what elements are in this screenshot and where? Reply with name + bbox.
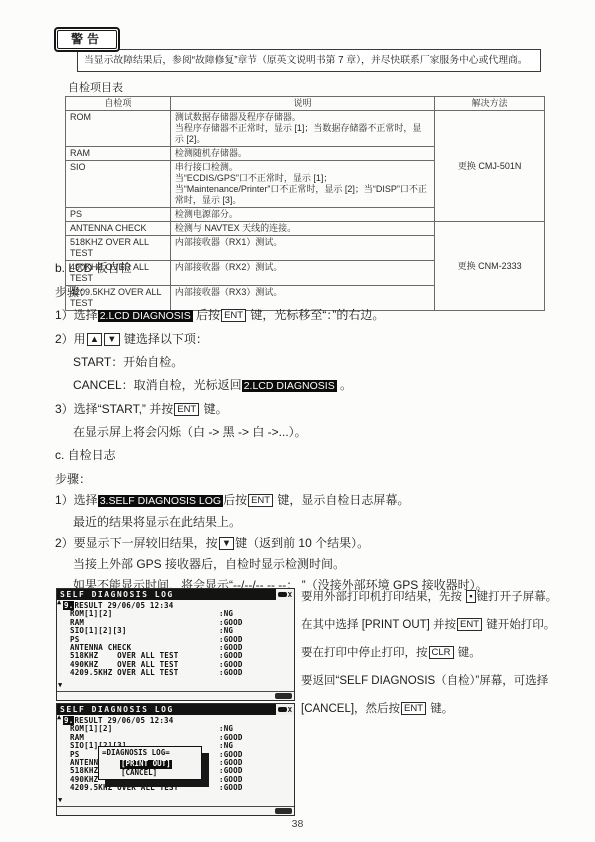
diagnosis-line: ROM[1][2]:NG <box>57 610 294 618</box>
text-run: 1）选择 <box>55 493 98 507</box>
text-run: 键（返到前 10 个结果）。 <box>235 536 369 550</box>
diagnosis-log-popup: =DIAGNOSIS LOG= [PRINT OUT] [CANCEL] <box>98 746 202 780</box>
screen-lines: ROM[1][2]:NGRAM:GOODSIO[1][2][3]:NGPS:GO… <box>57 610 294 677</box>
lcd-screen-diagnosis-log: SELF DIAGNOSIS LOG X 9.RESULT 29/06/05 1… <box>56 588 295 701</box>
manual-page: { "page": { "number": "38" }, "warning":… <box>0 0 595 842</box>
text-run: 在显示屏上将会闪烁（白 -> 黑 -> 白 ->...）。 <box>73 425 307 439</box>
table-caption: 自检项目表 <box>68 79 123 95</box>
table-header-row: 自检项 说明 解决方法 <box>66 97 545 111</box>
paragraph: 1）选择2.LCD DIAGNOSIS 后按ENT 键，光标移至“：”的右边。 <box>55 308 560 324</box>
col-header-item: 自检项 <box>66 97 171 111</box>
paragraph: 在显示屏上将会闪烁（白 -> 黑 -> 白 ->...）。 <box>55 425 560 440</box>
paragraph: 2）用▲▼ 键选择以下项： <box>55 332 560 347</box>
key-cap: ▲ <box>87 333 102 346</box>
section-b-steps: 步骤：1）选择2.LCD DIAGNOSIS 后按ENT 键，光标移至“：”的右… <box>55 285 560 440</box>
col-header-description: 说明 <box>170 97 434 111</box>
screen-title: SELF DIAGNOSIS LOG <box>60 590 174 599</box>
page-number: 38 <box>0 818 595 830</box>
text-run: 3）选择“START,” 并按 <box>55 402 173 416</box>
cancel-option: [CANCEL] <box>120 769 158 778</box>
cell-item: SIO <box>66 161 171 208</box>
highlighted-menu-item: 2.LCD DIAGNOSIS <box>242 380 337 392</box>
screen-bottom-bar <box>57 691 294 700</box>
text-run: 后按 <box>223 493 247 507</box>
section-c-steps: 步骤：1）选择3.SELF DIAGNOSIS LOG后按ENT 键，显示自检日… <box>55 472 560 593</box>
text-run: 要用外部打印机打印结果，先按 <box>301 591 465 603</box>
cell-item: RAM <box>66 147 171 161</box>
text-run: 键打开子屏幕。 <box>477 591 558 603</box>
text-run: 后按 <box>193 308 220 322</box>
text-run: 键。 <box>200 402 227 416</box>
paragraph: 1）选择3.SELF DIAGNOSIS LOG后按ENT 键，显示自检日志屏幕… <box>55 493 560 509</box>
screen-title-bar: SELF DIAGNOSIS LOG X <box>57 704 294 715</box>
paragraph: [CANCEL]，然后按ENT 键。 <box>301 701 567 717</box>
text-run: 要在打印中停止打印，按 <box>301 647 428 659</box>
text-run: 当接上外部 GPS 接收器后，自检时显示检测时间。 <box>73 557 345 571</box>
text-run: 键，显示自检日志屏幕。 <box>274 493 409 507</box>
text-run: 在其中选择 [PRINT OUT] 并按 <box>301 619 456 631</box>
cell-description: 检测与 NAVTEX 天线的连接。 <box>170 222 434 236</box>
titlebar-icons: X <box>276 704 294 715</box>
highlighted-menu-item: 3.SELF DIAGNOSIS LOG <box>98 495 223 507</box>
warning-text: 当显示故障结果后，参阅“故障修复”章节（原英文说明书第 7 章），并尽快联系厂家… <box>84 55 528 66</box>
warning-title: 警告 <box>57 30 117 49</box>
diagnosis-item: SIO[1][2][3] <box>57 626 127 635</box>
screen-body: 9.RESULT 29/06/05 12:34 ROM[1][2]:NGRAM:… <box>57 600 294 678</box>
text-run: 步骤： <box>55 472 91 486</box>
close-x-icon: X <box>288 591 292 599</box>
paragraph: 当接上外部 GPS 接收器后，自检时显示检测时间。 <box>55 557 560 572</box>
paragraph: 要在打印中停止打印，按CLR 键。 <box>301 645 567 661</box>
scroll-down-icon: ▼ <box>58 797 62 804</box>
key-cap: ENT <box>174 403 199 416</box>
softkey-badge-icon <box>275 693 292 699</box>
text-run: 键。 <box>455 647 481 659</box>
key-cap: ▼ <box>104 333 119 346</box>
diagnosis-line: SIO[1][2][3]:NG <box>57 627 294 635</box>
diagnosis-item: 4209.5KHZ OVER ALL TEST <box>57 783 178 792</box>
paragraph: 最近的结果将显示在此结果上。 <box>55 515 560 530</box>
diagnosis-line: ROM[1][2]:NG <box>57 725 294 733</box>
col-header-solution: 解决方法 <box>435 97 545 111</box>
paragraph: CANCEL：取消自检，光标返回2.LCD DIAGNOSIS 。 <box>55 378 560 394</box>
paragraph: 要用外部打印机打印结果，先按 ▪键打开子屏幕。 <box>301 589 567 605</box>
cell-description: 内部接收器（RX1）测试。 <box>170 236 434 261</box>
diagnosis-line: 4209.5KHZ OVER ALL TEST:GOOD <box>57 669 294 677</box>
text-run: 最近的结果将显示在此结果上。 <box>73 515 241 529</box>
cell-description: 串行接口检测。 当“ECDIS/GPS”口不正常时，显示 [1]；当“Maint… <box>170 161 434 208</box>
scroll-up-icon: ▲ <box>57 599 61 606</box>
scroll-down-icon: ▼ <box>58 682 62 689</box>
key-cap: ENT <box>401 702 426 715</box>
text-run: 键，光标移至“：”的右边。 <box>247 308 384 322</box>
text-run: 。 <box>337 378 352 392</box>
cell-description: 检测电源部分。 <box>170 208 434 222</box>
diagnosis-item: 4209.5KHZ OVER ALL TEST <box>57 668 178 677</box>
diagnosis-line: 4209.5KHZ OVER ALL TEST:GOOD <box>57 784 294 792</box>
highlighted-menu-item: 2.LCD DIAGNOSIS <box>98 310 193 322</box>
section-c-heading: c. 自检日志 <box>55 448 560 463</box>
paragraph: START：开始自检。 <box>55 355 560 370</box>
text-run: 1）选择 <box>55 308 98 322</box>
key-cap: ▪ <box>466 590 475 603</box>
lcd-screen-diagnosis-log-popup: SELF DIAGNOSIS LOG X 9.RESULT 29/06/05 1… <box>56 703 295 816</box>
table-row: ANTENNA CHECK检测与 NAVTEX 天线的连接。更换 CNM-233… <box>66 222 545 236</box>
cell-item: PS <box>66 208 171 222</box>
scroll-up-icon: ▲ <box>57 714 61 721</box>
softkey-badge-icon <box>275 808 292 814</box>
key-cap: ▼ <box>219 537 234 550</box>
paragraph: 2）要显示下一屏较旧结果，按▼键（返到前 10 个结果）。 <box>55 536 560 551</box>
text-run: 键开始打印。 <box>483 619 555 631</box>
paragraph: 3）选择“START,” 并按ENT 键。 <box>55 402 560 417</box>
diagnosis-status: :GOOD <box>219 669 243 677</box>
text-run: 键。 <box>427 703 453 715</box>
paragraph: 要返回“SELF DIAGNOSIS（自检）”屏幕，可选择 <box>301 673 567 689</box>
diagnosis-status: :GOOD <box>219 784 243 792</box>
cell-item: ANTENNA CHECK <box>66 222 171 236</box>
warning-title-box: 警告 <box>54 27 120 52</box>
warning-text-box: 当显示故障结果后，参阅“故障修复”章节（原英文说明书第 7 章），并尽快联系厂家… <box>77 49 541 72</box>
text-run: 2）要显示下一屏较旧结果，按 <box>55 536 218 550</box>
popup-title: =DIAGNOSIS LOG= <box>99 747 201 757</box>
cell-item: ROM <box>66 111 171 147</box>
paragraph: 步骤： <box>55 285 560 300</box>
section-b-heading: b. LCD 板自检 <box>55 261 560 276</box>
popup-options: [PRINT OUT] [CANCEL] <box>120 760 201 777</box>
close-x-icon: X <box>288 706 292 714</box>
text-run: 要返回“SELF DIAGNOSIS（自检）”屏幕，可选择 <box>301 675 548 687</box>
text-run: [CANCEL]，然后按 <box>301 703 400 715</box>
paragraph: 在其中选择 [PRINT OUT] 并按ENT 键开始打印。 <box>301 617 567 633</box>
status-badge-icon <box>278 707 287 712</box>
paragraph: 步骤： <box>55 472 560 487</box>
print-instructions: 要用外部打印机打印结果，先按 ▪键打开子屏幕。在其中选择 [PRINT OUT]… <box>301 589 567 729</box>
table-row: ROM测试数据存储器及程序存储器。 当程序存储器不正常时，显示 [1]；当数据存… <box>66 111 545 147</box>
screen-bottom-bar <box>57 806 294 815</box>
screen-title-bar: SELF DIAGNOSIS LOG X <box>57 589 294 600</box>
text-run: 2）用 <box>55 332 86 346</box>
key-cap: CLR <box>429 646 454 659</box>
cell-description: 检测随机存储器。 <box>170 147 434 161</box>
text-run: 步骤： <box>55 285 91 299</box>
screen-title: SELF DIAGNOSIS LOG <box>60 705 174 714</box>
key-cap: ENT <box>457 618 482 631</box>
text-run: CANCEL：取消自检，光标返回 <box>73 378 242 392</box>
cell-description: 测试数据存储器及程序存储器。 当程序存储器不正常时，显示 [1]；当数据存储器不… <box>170 111 434 147</box>
cell-solution: 更换 CMJ-501N <box>435 111 545 222</box>
text-run: START：开始自检。 <box>73 355 183 369</box>
status-badge-icon <box>278 592 287 597</box>
key-cap: ENT <box>221 309 246 322</box>
text-run: 键选择以下项： <box>121 332 208 346</box>
cell-item: 518KHZ OVER ALL TEST <box>66 236 171 261</box>
section-lcd-selftest: b. LCD 板自检 步骤：1）选择2.LCD DIAGNOSIS 后按ENT … <box>55 261 560 599</box>
key-cap: ENT <box>248 494 273 507</box>
titlebar-icons: X <box>276 589 294 600</box>
